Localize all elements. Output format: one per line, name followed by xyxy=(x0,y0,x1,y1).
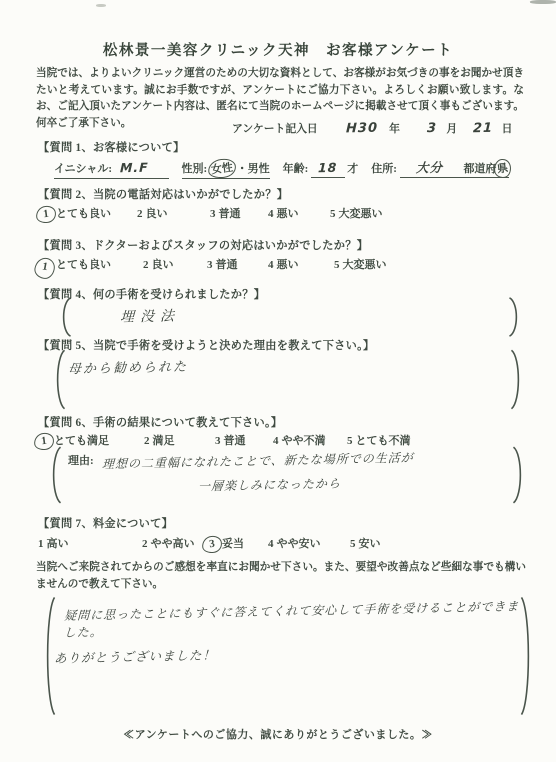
q5-answer: 母から勧められた xyxy=(68,356,189,378)
date-month-suffix: 月 xyxy=(446,123,457,135)
scan-artifact xyxy=(96,4,106,7)
q2-option-5: 5大変悪い xyxy=(330,205,383,221)
q3-option-5: 5大変悪い xyxy=(334,256,387,272)
survey-date-line: アンケート記入日 H30 年 3 月 21 日 xyxy=(232,121,512,136)
initial-value: M.F xyxy=(120,160,149,176)
bracket-right-icon xyxy=(507,297,522,337)
bracket-left-icon xyxy=(48,446,63,504)
page-title: 松林景一美容クリニック天神 お客様アンケート xyxy=(0,39,556,60)
q3-options: 1とても良い 2良い 3普通 4悪い 5大変悪い xyxy=(40,256,387,275)
bracket-right-icon xyxy=(511,446,526,504)
selection-circle: 県 xyxy=(493,158,512,179)
q5-answer-box: 母から勧められた xyxy=(52,349,524,410)
bracket-left-icon xyxy=(52,349,67,410)
closing-note: ≪アンケートへのご協力、誠にありがとうございました。≫ xyxy=(0,726,556,742)
age-label: 年齢: xyxy=(283,163,309,175)
date-label: アンケート記入日 xyxy=(232,123,318,135)
prefecture-suffix-label: 都道府 xyxy=(463,163,496,175)
q1-heading: 【質問 1、お客様について】 xyxy=(38,139,185,155)
initial-label: イニシャル: xyxy=(54,163,112,175)
q7-heading: 【質問 7、料金について】 xyxy=(38,515,173,531)
comments-box: 疑問に思ったことにもすぐに答えてくれて安心して手術を受けることができました。 あ… xyxy=(42,595,534,717)
selection-circle: 3 xyxy=(201,535,223,554)
selection-circle: 1 xyxy=(33,256,56,280)
address-label: 住所: xyxy=(371,163,397,175)
date-era-value: H30 xyxy=(346,121,378,137)
gender-field: 性別: 女性 ・男性 xyxy=(182,160,270,179)
bracket-left-icon xyxy=(58,297,73,337)
q6-reason-label: 理由: xyxy=(68,452,94,468)
initial-field: イニシャル: M.F xyxy=(54,160,169,179)
q7-options: 1高い 2やや高い 3妥当 4やや安い 5安い xyxy=(38,535,381,551)
survey-page: 松林景一美容クリニック天神 お客様アンケート 当院では、よりよいクリニック運営の… xyxy=(0,0,556,762)
scan-artifact xyxy=(530,0,556,4)
q3-heading: 【質問 3、ドクターおよびスタッフの対応はいかがでしたか？】 xyxy=(38,237,368,253)
address-value: 大分 xyxy=(415,158,443,177)
bracket-right-icon xyxy=(519,595,534,717)
comment-line1: 疑問に思ったことにもすぐに答えてくれて安心して手術を受けることができました。 xyxy=(64,597,521,641)
q7-option-3: 3妥当 xyxy=(206,535,268,551)
selection-circle: 1 xyxy=(35,205,57,224)
selection-circle: 女性 xyxy=(207,157,237,179)
q6-reason-line2: 一層楽しみになったから xyxy=(198,474,342,494)
q2-options: 1とても良い 2良い 3普通 4悪い 5大変悪い xyxy=(40,205,383,221)
q4-answer: 埋没法 xyxy=(120,305,181,326)
feedback-prompt: 当院へご来院されてからのご感想を率直にお聞かせ下さい。また、要望や改善点など些細… xyxy=(36,560,526,593)
age-value: 18 xyxy=(318,160,338,175)
address-field: 住所: 大分 都道府県 xyxy=(371,158,509,176)
q6-heading: 【質問 6、手術の結果について教えて下さい。】 xyxy=(38,414,282,430)
q2-option-4: 4悪い xyxy=(268,205,330,221)
q3-option-1: 1とても良い xyxy=(40,256,143,275)
q3-option-2: 2良い xyxy=(143,256,207,272)
q2-option-3: 3普通 xyxy=(210,205,268,221)
q3-option-4: 4悪い xyxy=(268,256,334,272)
date-month-value: 3 xyxy=(426,121,437,136)
date-day-suffix: 日 xyxy=(502,123,513,135)
bracket-right-icon xyxy=(509,349,524,410)
q3-option-3: 3普通 xyxy=(207,256,268,272)
q1-fields: イニシャル: M.F 性別: 女性 ・男性 年齢: 18 才 住所: 大分 都道… xyxy=(54,158,509,179)
q7-option-5: 5安い xyxy=(350,535,381,551)
gender-label: 性別: xyxy=(182,163,208,175)
q2-option-2: 2良い xyxy=(137,205,210,221)
q7-option-1: 1高い xyxy=(38,535,142,551)
q2-heading: 【質問 2、当院の電話対応はいかがでしたか？】 xyxy=(38,186,288,202)
q6-reason-box: 理由: 理想の二重幅になれたことで、新たな場所での生活が 一層楽しみになったから xyxy=(48,446,526,504)
q6-reason-line1: 理想の二重幅になれたことで、新たな場所での生活が xyxy=(101,449,413,473)
age-suffix-label: 才 xyxy=(347,163,358,175)
q7-option-2: 2やや高い xyxy=(142,535,206,551)
q4-answer-box: 埋没法 xyxy=(58,297,522,337)
date-year-suffix: 年 xyxy=(389,123,400,135)
comment-line2: ありがとうございました！ xyxy=(54,645,217,666)
gender-rest-label: ・男性 xyxy=(237,163,270,175)
date-day-value: 21 xyxy=(473,121,494,136)
q2-option-1: 1とても良い xyxy=(40,205,137,221)
q7-option-4: 4やや安い xyxy=(268,535,350,551)
age-field: 年齢: 18 才 xyxy=(283,160,359,176)
